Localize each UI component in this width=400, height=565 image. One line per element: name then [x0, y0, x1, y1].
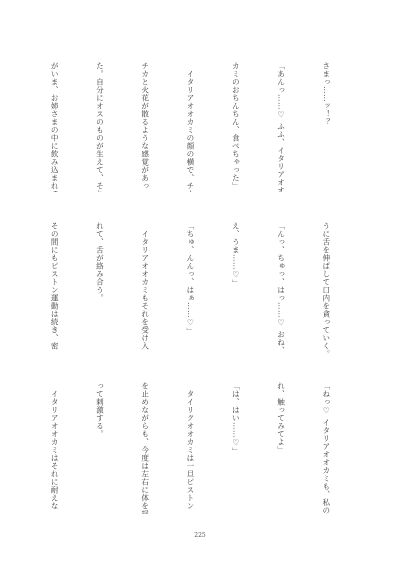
text-line: を止めながらも、今度は左右に体を揺 — [138, 382, 153, 514]
text-line: イタリアオオカミもそれを受け入 — [138, 222, 153, 354]
text-line: その間にもピストン運動は続き、密 — [47, 222, 62, 354]
text-block-middle: うに舌を伸ばして口内を貪っていく。 「んっ、ちゅっ、はっ……♡ おね、 え、うま… — [46, 222, 364, 354]
text-line: チカと火花が散るような感覚があっ — [138, 62, 153, 192]
text-line: カミのおちんちん、食べちゃった」 — [228, 62, 243, 192]
text-line: って刺激する。 — [92, 382, 107, 514]
text-line: 「ねっ♡ イタリアオオカミも、私のこ — [319, 382, 334, 514]
text-line: れ、触ってみてよ」 — [273, 382, 288, 514]
text-line: 「ちゅ、んんっ、はぁ……♡」 — [183, 222, 198, 354]
text-block-top: さまっ……ッ！？ 「あんっ……♡ ふふ、イタリアオオ カミのおちんちん、食べちゃ… — [46, 62, 364, 192]
text-line: れて、舌が絡み合う。 — [92, 222, 107, 354]
text-line: うに舌を伸ばして口内を貪っていく。 — [319, 222, 334, 354]
text-line: え、うま……♡」 — [228, 222, 243, 354]
text-line: 「あんっ……♡ ふふ、イタリアオオ — [273, 62, 288, 192]
text-line: 「んっ、ちゅっ、はっ……♡ おね、 — [273, 222, 288, 354]
text-line: さまっ……ッ！？ — [319, 62, 334, 192]
text-line: イタリアオオカミの顔の横で、チカ — [183, 62, 198, 192]
page-number: 225 — [0, 532, 400, 539]
text-line: イタリアオオカミはそれに耐えな — [47, 382, 62, 514]
text-block-bottom: 「ねっ♡ イタリアオオカミも、私のこ れ、触ってみてよ」 「は、はい……♡」 タ… — [46, 382, 364, 514]
text-line: た。自分にオスのものが生えて、それ — [92, 62, 107, 192]
text-line: 「は、はい……♡」 — [228, 382, 243, 514]
text-line: タイリクオオカミは一旦ピストン — [183, 382, 198, 514]
text-line: がいま、お姉さまの中に飲み込まれて — [47, 62, 62, 192]
